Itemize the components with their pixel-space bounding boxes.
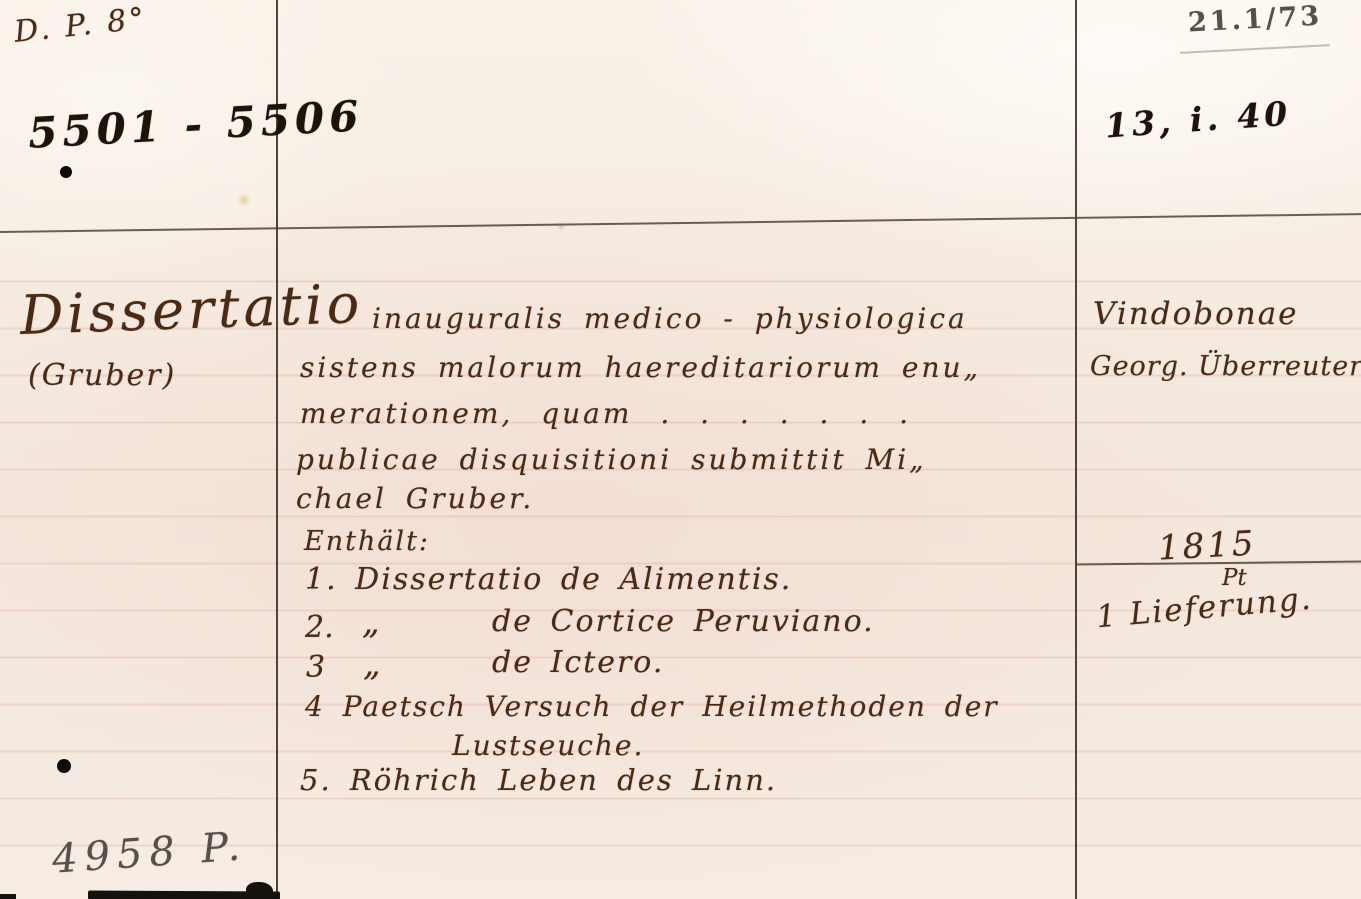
- scan-edge-blob: [246, 882, 273, 899]
- content-item-2-text: de Cortice Peruviano.: [492, 604, 875, 639]
- content-item-3-ditto: „: [363, 644, 381, 684]
- date-note-underline: [1180, 44, 1330, 54]
- scan-edge-corner: [0, 894, 16, 899]
- content-item-1-text: Dissertatio de Alimentis.: [355, 562, 792, 597]
- header-rule: [0, 213, 1361, 233]
- content-item-4-number: 4: [305, 690, 325, 723]
- content-item-5-number: 5.: [300, 763, 332, 797]
- title-catchword: Dissertatio: [19, 272, 364, 347]
- date-note-pencil: 21.1/73: [1187, 1, 1323, 39]
- extent-note: 1 Lieferung.: [1095, 581, 1314, 636]
- title-line-2: sistens malorum haereditariorum enu„: [300, 351, 981, 384]
- paper-stain: [236, 194, 252, 206]
- title-line-5: chael Gruber.: [296, 482, 534, 515]
- content-item-3-text: de Ictero.: [492, 645, 664, 680]
- catalog-card: D. P. 8° 5501 - 5506 21.1/73 13, i. 40 D…: [0, 0, 1361, 899]
- content-item-4-text: Paetsch Versuch der Heilmethoden der: [343, 690, 999, 723]
- content-item-2-ditto: „: [362, 602, 380, 642]
- content-item-4-continuation: Lustseuche.: [452, 729, 644, 762]
- author-name: (Gruber): [28, 358, 176, 393]
- shelfmark: D. P. 8°: [13, 1, 149, 50]
- paper-speck: [556, 222, 566, 230]
- punch-hole-bottom: [57, 759, 71, 773]
- content-item-3-number: 3: [306, 650, 325, 685]
- content-item-4: 4 Paetsch Versuch der Heilmethoden der: [305, 690, 999, 723]
- contents-label: Enthält:: [304, 526, 430, 557]
- call-number: 13, i. 40: [1104, 94, 1293, 146]
- content-item-1: 1. Dissertatio de Alimentis.: [305, 562, 792, 597]
- title-line-3: merationem, quam . . . . . . .: [300, 397, 911, 430]
- publisher-name: Georg. Überreuter: [1090, 351, 1361, 382]
- content-item-1-number: 1.: [305, 562, 338, 597]
- content-item-5: 5. Röhrich Leben des Linn.: [300, 763, 777, 797]
- publication-place: Vindobonae: [1093, 296, 1299, 332]
- publication-year: 1815: [1157, 523, 1257, 568]
- punch-hole-top: [60, 166, 72, 178]
- title-line-4: publicae disquisitioni submittit Mi„: [296, 443, 927, 476]
- inventory-number-range: 5501 - 5506: [27, 91, 365, 157]
- content-item-5-text: Röhrich Leben des Linn.: [350, 763, 777, 797]
- content-item-2-number: 2.: [305, 610, 334, 645]
- column-rule-right: [1075, 0, 1077, 899]
- title-line-1: inauguralis medico - physiologica: [372, 302, 968, 335]
- accession-number-pencil: 4958 P.: [51, 823, 249, 882]
